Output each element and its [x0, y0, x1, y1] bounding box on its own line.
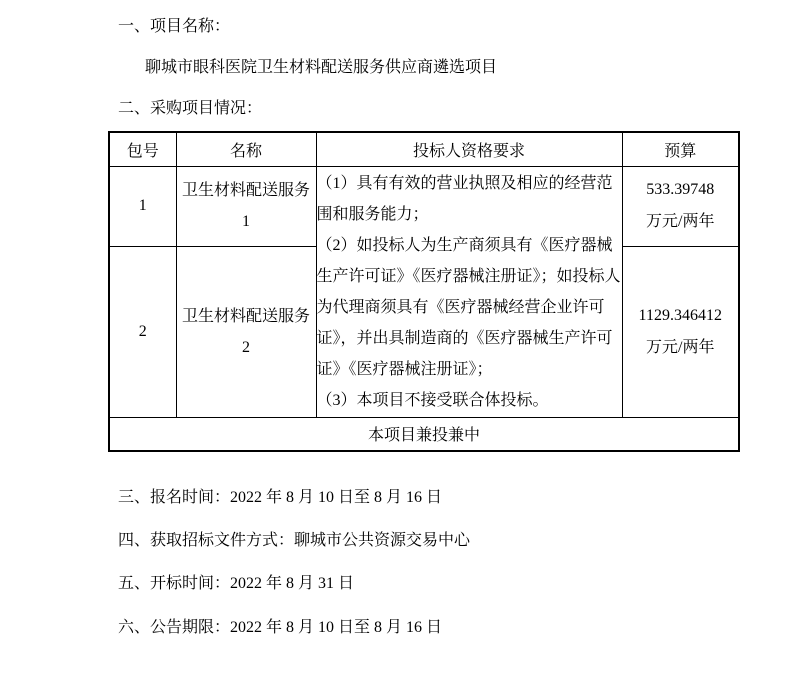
- service-name-cell: 卫生材料配送服务 2: [176, 246, 316, 417]
- table-row: 1 卫生材料配送服务 1 （1）具有有效的营业执照及相应的经营范围和服务能力； …: [109, 166, 739, 246]
- bid-opening-time-text: 五、开标时间：2022 年 8 月 31 日: [118, 574, 354, 594]
- document-obtainment-text: 四、获取招标文件方式：聊城市公共资源交易中心: [118, 531, 470, 551]
- qualification-item-1: （1）具有有效的营业执照及相应的经营范围和服务能力；: [317, 168, 622, 230]
- package-no-cell: 2: [109, 246, 176, 417]
- col-header-name: 名称: [176, 132, 316, 166]
- table-header-row: 包号 名称 投标人资格要求 预算: [109, 132, 739, 166]
- document-page: 一、项目名称： 聊城市眼科医院卫生材料配送服务供应商遴选项目 二、采购项目情况：…: [0, 0, 785, 685]
- qualification-requirements-cell: （1）具有有效的营业执照及相应的经营范围和服务能力； （2）如投标人为生产商须具…: [316, 166, 622, 417]
- merged-footer-cell: 本项目兼投兼中: [109, 417, 739, 451]
- budget-cell: 533.39748 万元/两年: [622, 166, 739, 246]
- budget-unit: 万元/两年: [623, 206, 739, 238]
- col-header-package-no: 包号: [109, 132, 176, 166]
- package-no-cell: 1: [109, 166, 176, 246]
- budget-cell: 1129.346412 万元/两年: [622, 246, 739, 417]
- budget-unit: 万元/两年: [623, 332, 739, 364]
- project-name-text: 聊城市眼科医院卫生材料配送服务供应商遴选项目: [145, 58, 497, 78]
- service-name-cell: 卫生材料配送服务 1: [176, 166, 316, 246]
- heading-project-name-label: 一、项目名称：: [118, 17, 230, 37]
- table-footer-row: 本项目兼投兼中: [109, 417, 739, 451]
- col-header-budget: 预算: [622, 132, 739, 166]
- heading-procurement-details-label: 二、采购项目情况：: [118, 99, 262, 119]
- budget-amount: 533.39748: [623, 174, 739, 206]
- announcement-period-text: 六、公告期限：2022 年 8 月 10 日至 8 月 16 日: [118, 618, 442, 638]
- col-header-qualification: 投标人资格要求: [316, 132, 622, 166]
- qualification-item-3: （3）本项目不接受联合体投标。: [317, 385, 622, 416]
- qualification-item-2: （2）如投标人为生产商须具有《医疗器械生产许可证》《医疗器械注册证》；如投标人为…: [317, 230, 622, 385]
- budget-amount: 1129.346412: [623, 300, 739, 332]
- registration-time-text: 三、报名时间：2022 年 8 月 10 日至 8 月 16 日: [118, 488, 442, 508]
- procurement-table: 包号 名称 投标人资格要求 预算 1 卫生材料配送服务 1 （1）具有有效的营业…: [108, 131, 740, 452]
